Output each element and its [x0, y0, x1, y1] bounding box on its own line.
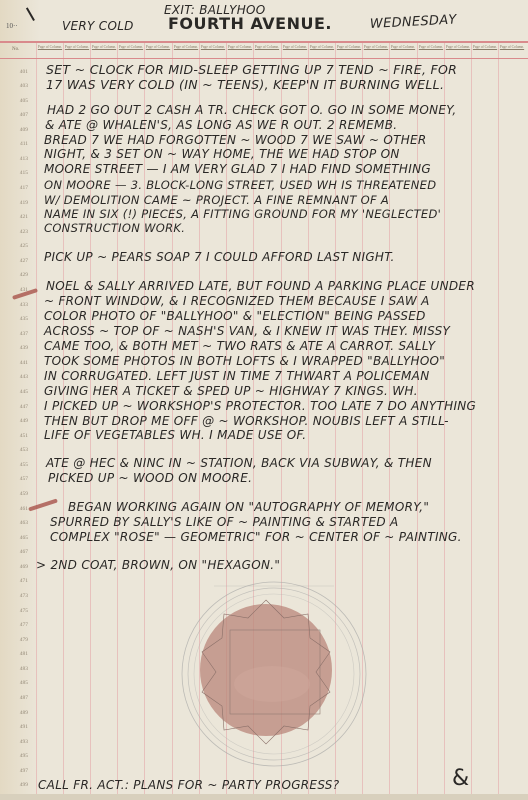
- row-number: 429: [10, 272, 28, 278]
- row-number: 473: [10, 593, 28, 599]
- journal-line: BEGAN WORKING AGAIN ON "AUTOGRAPHY OF ME…: [68, 500, 429, 514]
- journal-line: LIFE OF VEGETABLES WH. I MADE USE OF.: [44, 428, 306, 442]
- weekday-note: WEDNESDAY: [370, 12, 457, 32]
- row-number: 421: [10, 214, 28, 220]
- journal-line: 17 WAS VERY COLD (IN ~ TEENS), KEEP'N IT…: [46, 77, 444, 92]
- column-header: Page of Column.: [282, 45, 308, 49]
- rose-geometric-drawing: [174, 574, 374, 774]
- journal-line: W/ DEMOLITION CAME ~ PROJECT. A FINE REM…: [44, 193, 389, 207]
- row-number: 405: [10, 98, 28, 104]
- journal-line: PICK UP ~ PEARS SOAP 7 I COULD AFFORD LA…: [44, 250, 395, 264]
- header-rule-top: [0, 41, 528, 43]
- journal-line: COMPLEX "ROSE" — GEOMETRIC" FOR ~ CENTER…: [50, 530, 462, 544]
- printed-title: FOURTH AVENUE.: [168, 14, 332, 33]
- journal-line: NOEL & SALLY ARRIVED LATE, BUT FOUND A P…: [46, 279, 475, 293]
- column-divider: [36, 42, 37, 794]
- row-number: 443: [10, 374, 28, 380]
- column-header: Page of Column.: [390, 45, 416, 49]
- journal-line: > 2ND COAT, BROWN, ON "HEXAGON.": [36, 558, 280, 572]
- row-number: 415: [10, 170, 28, 176]
- row-number: 475: [10, 608, 28, 614]
- journal-line: PICKED UP ~ WOOD ON MOORE.: [48, 471, 252, 485]
- row-number: 435: [10, 316, 28, 322]
- column-header: Page of Column.: [37, 45, 63, 49]
- column-divider: [498, 42, 499, 794]
- row-number: 403: [10, 83, 28, 89]
- journal-line: CAME TOO, & BOTH MET ~ TWO RATS & ATE A …: [44, 339, 435, 353]
- page-marker: 10··: [6, 22, 18, 30]
- row-number: 451: [10, 433, 28, 439]
- row-number: 463: [10, 520, 28, 526]
- journal-line: ~ FRONT WINDOW, & I RECOGNIZED THEM BECA…: [44, 294, 430, 308]
- column-header: Page of Column.: [472, 45, 498, 49]
- row-number: 425: [10, 243, 28, 249]
- row-number: 471: [10, 578, 28, 584]
- journal-line: SPURRED BY SALLY'S LIKE OF ~ PAINTING & …: [50, 515, 399, 529]
- signature: &: [452, 766, 469, 791]
- row-number: 413: [10, 156, 28, 162]
- journal-line: ACROSS ~ TOP OF ~ NASH'S VAN, & I KNEW I…: [44, 324, 450, 338]
- column-header: Page of Column.: [336, 45, 362, 49]
- row-number: 465: [10, 535, 28, 541]
- row-number: 479: [10, 637, 28, 643]
- journal-line: & ATE @ WHALEN'S, AS LONG AS WE R OUT. 2…: [45, 118, 397, 132]
- column-header: Page of Column.: [445, 45, 471, 49]
- journal-line: NAME IN SIX (!) PIECES, A FITTING GROUND…: [44, 207, 441, 221]
- journal-line: NIGHT, & 3 SET ON ~ WAY HOME, THE WE HAD…: [44, 147, 400, 161]
- row-number: 401: [10, 69, 28, 75]
- row-number: 491: [10, 724, 28, 730]
- row-number: 485: [10, 680, 28, 686]
- column-header: Page of Column.: [173, 45, 199, 49]
- column-header: Page of Column.: [64, 45, 90, 49]
- row-number: 427: [10, 258, 28, 264]
- row-number: 461: [10, 506, 28, 512]
- column-header: Page of Column.: [499, 45, 525, 49]
- column-header: Page of Column.: [309, 45, 335, 49]
- column-header: Page of Column.: [254, 45, 280, 49]
- column-header: Page of Column.: [118, 45, 144, 49]
- row-number: 423: [10, 229, 28, 235]
- roman-numeral: I: [22, 3, 39, 27]
- journal-line: IN CORRUGATED. LEFT JUST IN TIME 7 THWAR…: [44, 369, 429, 383]
- row-number: 483: [10, 666, 28, 672]
- column-header: Page of Column.: [200, 45, 226, 49]
- row-number: 477: [10, 622, 28, 628]
- column-header-no: No.: [12, 47, 19, 52]
- row-number: 495: [10, 753, 28, 759]
- row-number: 487: [10, 695, 28, 701]
- row-number: 437: [10, 331, 28, 337]
- row-number: 433: [10, 302, 28, 308]
- row-number: 453: [10, 447, 28, 453]
- journal-line: ON MOORE — 3. BLOCK-LONG STREET, USED WH…: [44, 178, 436, 192]
- margin-arrow-marker: [28, 498, 58, 511]
- column-header: Page of Column.: [227, 45, 253, 49]
- row-number: 499: [10, 782, 28, 788]
- journal-line: COLOR PHOTO OF "BALLYHOO" & "ELECTION" B…: [44, 309, 426, 323]
- journal-line: CALL FR. ACT.: PLANS FOR ~ PARTY PROGRES…: [38, 778, 339, 792]
- row-number: 445: [10, 389, 28, 395]
- row-number: 467: [10, 549, 28, 555]
- column-divider: [471, 42, 472, 794]
- weather-note: VERY COLD: [62, 19, 134, 33]
- journal-line: SET ~ CLOCK FOR MID-SLEEP GETTING UP 7 T…: [46, 62, 457, 77]
- row-number: 449: [10, 418, 28, 424]
- row-number: 411: [10, 141, 28, 147]
- row-number: 439: [10, 345, 28, 351]
- row-number: 489: [10, 710, 28, 716]
- row-number: 407: [10, 112, 28, 118]
- journal-line: HAD 2 GO OUT 2 CASH A TR. CHECK GOT O. G…: [47, 103, 456, 117]
- journal-line: ATE @ HEC & NINC IN ~ STATION, BACK VIA …: [46, 456, 432, 470]
- row-number: 455: [10, 462, 28, 468]
- row-number: 447: [10, 404, 28, 410]
- header-rule-bottom: [0, 58, 528, 59]
- column-header: Page of Column.: [145, 45, 171, 49]
- row-number: 481: [10, 651, 28, 657]
- row-number: 459: [10, 491, 28, 497]
- row-number: 417: [10, 185, 28, 191]
- row-number: 409: [10, 127, 28, 133]
- row-number: 497: [10, 768, 28, 774]
- journal-line: CONSTRUCTION WORK.: [44, 221, 185, 235]
- column-header: Page of Column.: [91, 45, 117, 49]
- row-number: 441: [10, 360, 28, 366]
- row-number: 469: [10, 564, 28, 570]
- journal-line: TOOK SOME PHOTOS IN BOTH LOFTS & I WRAPP…: [44, 354, 445, 368]
- row-number: 457: [10, 476, 28, 482]
- row-number: 493: [10, 739, 28, 745]
- journal-line: MOORE STREET — I AM VERY GLAD 7 I HAD FI…: [44, 162, 431, 176]
- journal-line: THEN BUT DROP ME OFF @ ~ WORKSHOP. NOUBI…: [44, 414, 449, 428]
- column-header: Page of Column.: [418, 45, 444, 49]
- journal-line: GIVING HER A TICKET & SPED UP ~ HIGHWAY …: [44, 384, 418, 398]
- column-header: Page of Column.: [363, 45, 389, 49]
- row-number: 419: [10, 200, 28, 206]
- journal-line: BREAD 7 WE HAD FORGOTTEN ~ WOOD 7 WE SAW…: [44, 133, 427, 147]
- ledger-page: 10·· I VERY COLD EXIT: BALLYHOO FOURTH A…: [0, 0, 528, 800]
- journal-line: I PICKED UP ~ WORKSHOP'S PROTECTOR. TOO …: [44, 399, 476, 413]
